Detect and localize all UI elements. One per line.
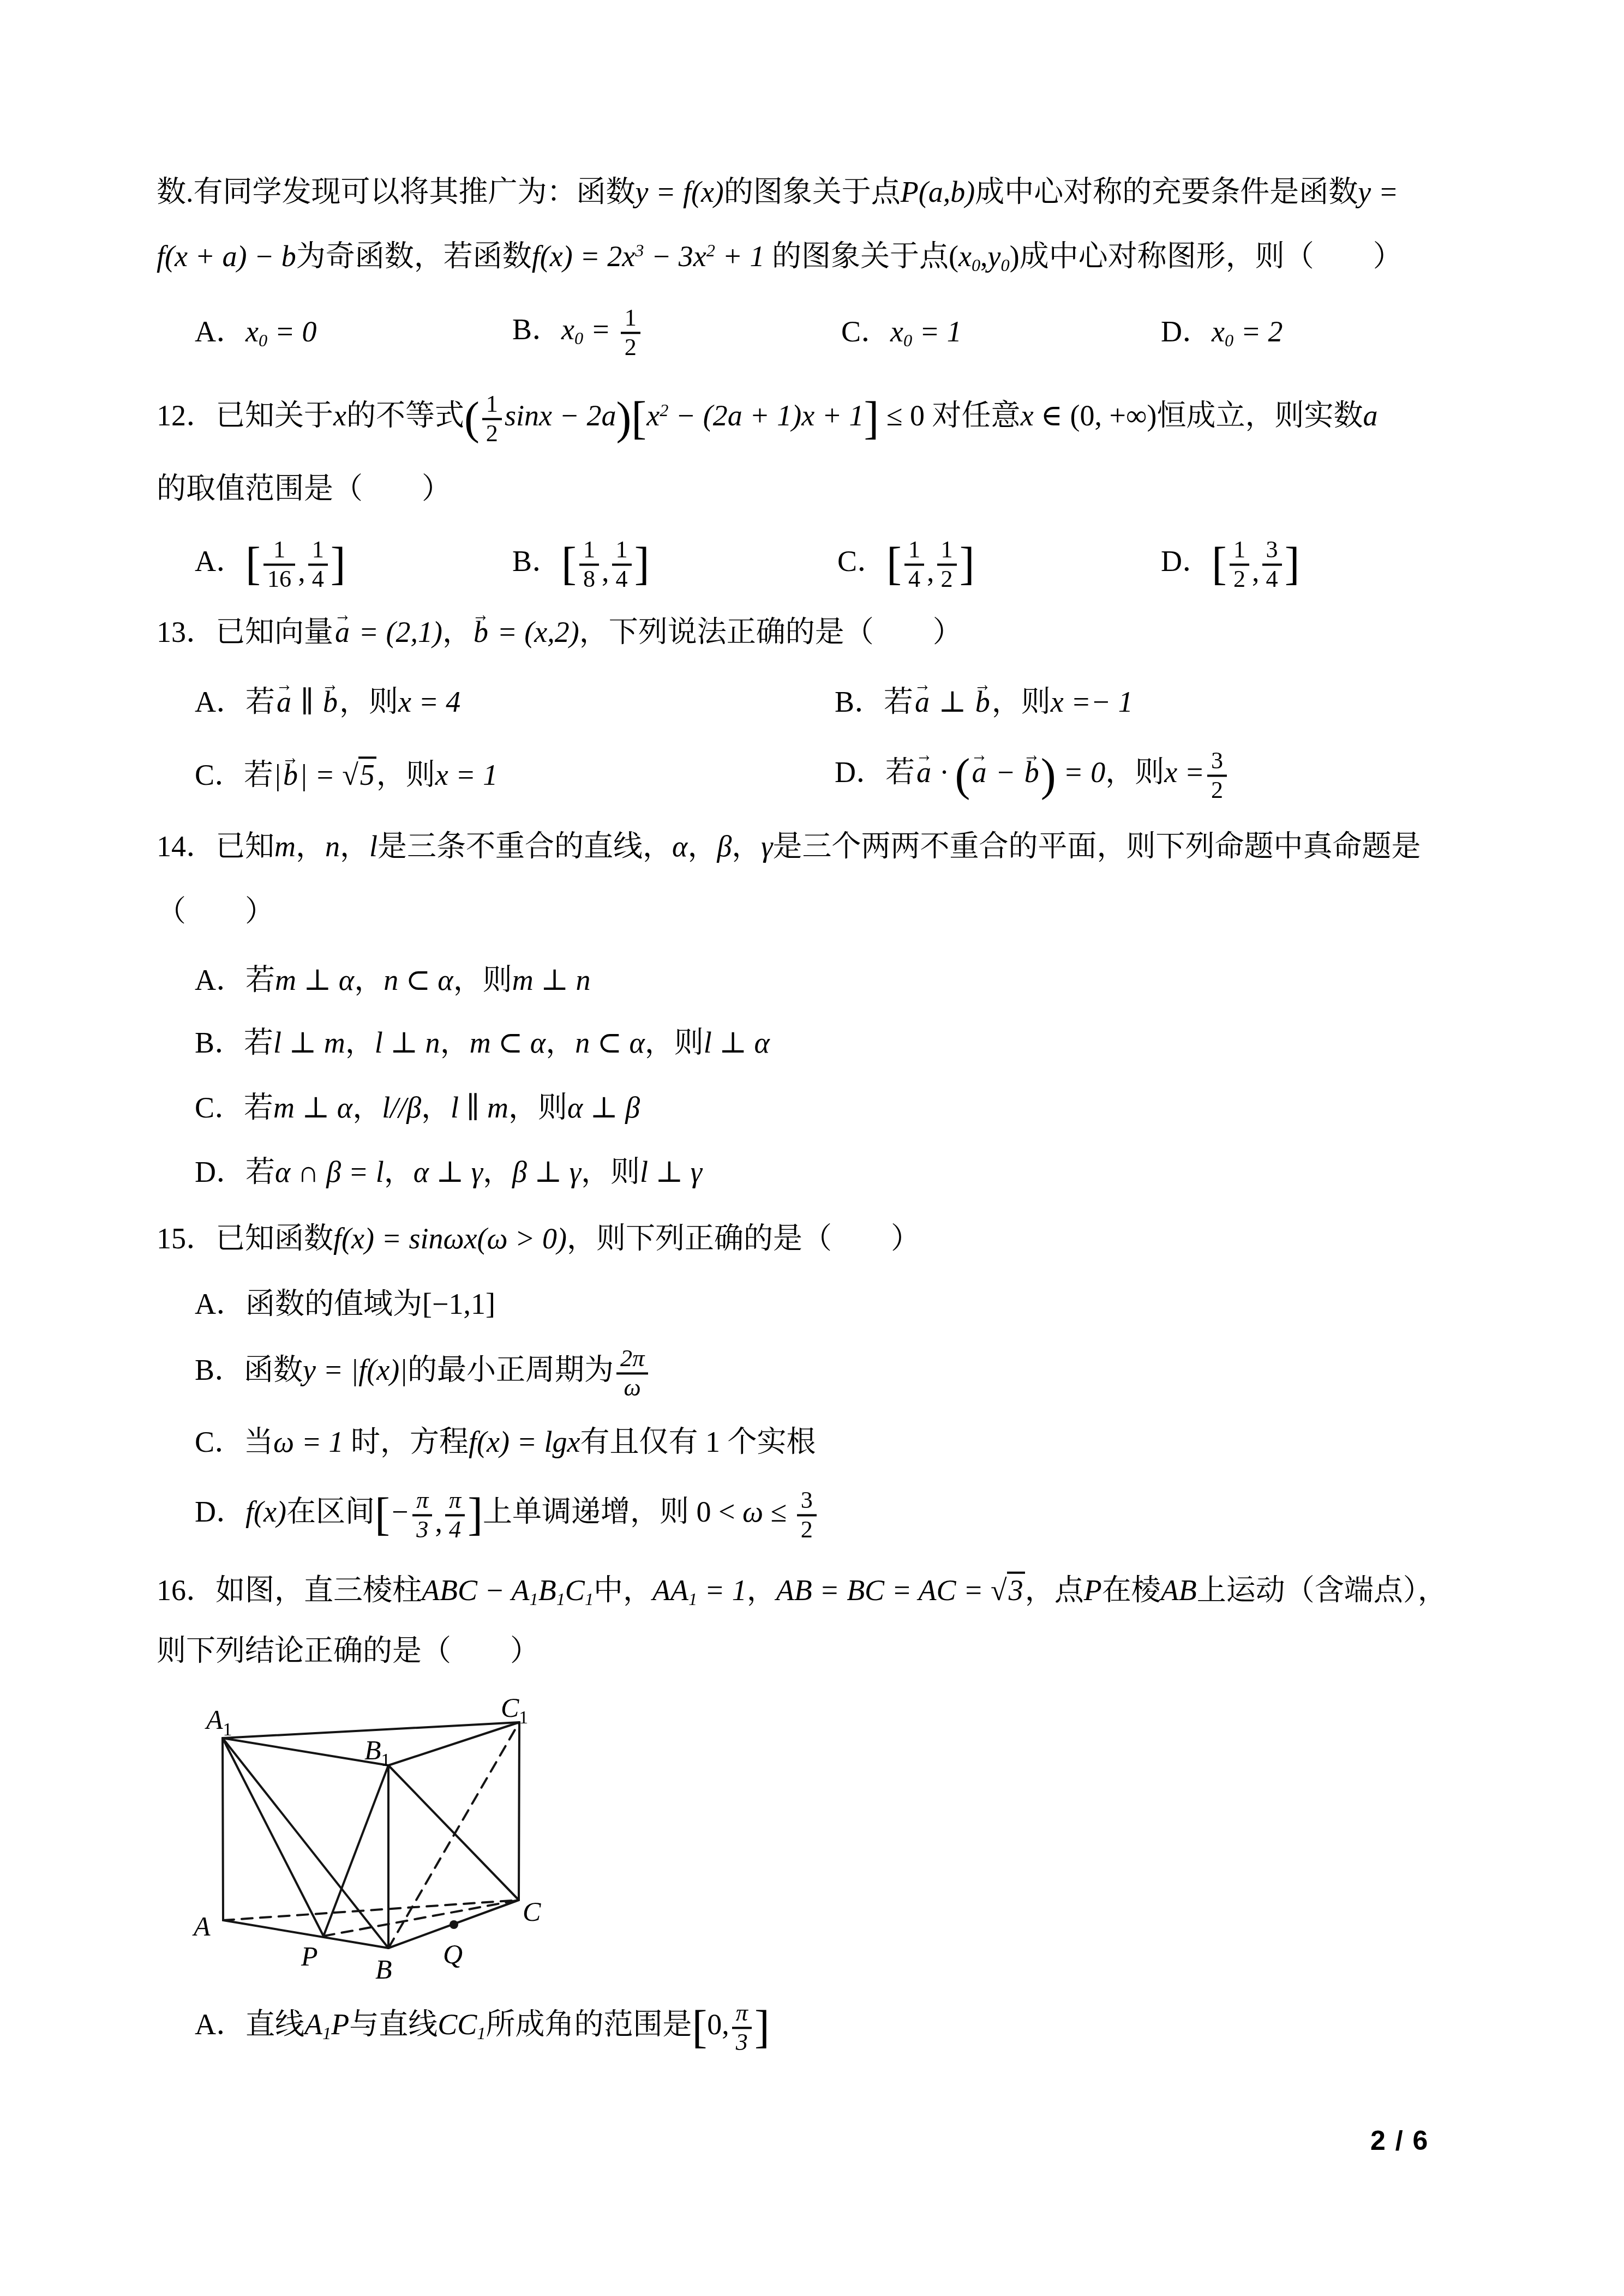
q11-option-b: B．x0 = 12 [512,304,643,360]
exam-document-page: 数.有同学发现可以将其推广为：函数y = f(x)的图象关于点P(a,b)成中心… [0,0,1624,2296]
q14-option-c: C．若m ⊥ α，l//β，l ∥ m，则α ⊥ β [195,1090,640,1127]
prism-figure: A1 B1 C1 A B C P Q [185,1680,567,1996]
page-number: 2 / 6 [1370,2125,1429,2156]
q12-option-d: D．[12,34] [1161,536,1300,592]
q16-stem-line-2: 则下列结论正确的是（ ） [157,1633,540,1670]
q15-option-d: D．f(x)在区间[−π3,π4]上单调递增，则 0 < ω ≤ 32 [195,1487,819,1543]
segment-P-C-hidden [323,1900,519,1936]
q14-stem-line-2: （ ） [157,893,274,930]
vertex-label-C1: C1 [501,1692,528,1728]
q12-option-a: A．[116,14] [195,536,346,592]
q14-option-d: D．若α ∩ β = l，α ⊥ γ，β ⊥ γ，则l ⊥ γ [195,1154,702,1191]
q14-stem-line-1: 14．已知m，n，l是三条不重合的直线，α，β，γ是三个两两不重合的平面，则下列… [157,828,1421,865]
q13-option-b: B．若a→ ⊥ b→，则x =− 1 [835,684,1133,721]
q12-option-c: C．[14,12] [837,536,975,592]
vertex-label-P: P [301,1941,318,1972]
q15-option-a: A．函数的值域为[−1,1] [195,1286,495,1323]
q12-option-b: B．[18,14] [512,536,650,592]
edge-A-A1 [223,1738,223,1920]
vertex-label-B: B [375,1954,392,1985]
vertex-label-A: A [192,1911,211,1942]
q15-option-c: C．当ω = 1 时，方程f(x) = lgx有且仅有 1 个实根 [195,1424,816,1461]
segment-A1-P [223,1738,323,1936]
edge-A1-B1 [223,1738,388,1765]
q14-option-b: B．若l ⊥ m，l ⊥ n，m ⊂ α，n ⊂ α，则l ⊥ α [195,1025,770,1062]
segment-B1-C [388,1765,519,1900]
q14-option-a: A．若m ⊥ α，n ⊂ α，则m ⊥ n [195,962,591,999]
q11-stem-line-2: f(x + a) − b为奇函数，若函数f(x) = 2x3 − 3x2 + 1… [157,238,1403,277]
q13-option-d: D．若a→ · (a→ − b→) = 0，则x =32 [835,747,1230,803]
point-Q [450,1920,458,1929]
segment-A1-B [223,1738,388,1948]
q11-stem-line-1: 数.有同学发现可以将其推广为：函数y = f(x)的图象关于点P(a,b)成中心… [157,174,1398,211]
edge-C-C1 [519,1722,519,1900]
q13-option-c: C．若|b→| = √5，则x = 1 [195,757,498,794]
vertex-label-Q: Q [443,1939,463,1969]
q12-stem-line-2: 的取值范围是（ ） [157,471,451,508]
segment-B-C1-hidden [388,1722,519,1948]
vertex-label-A1: A1 [205,1704,232,1740]
q15-stem: 15．已知函数f(x) = sinωx(ω > 0)，则下列正确的是（ ） [157,1221,920,1258]
q11-option-a: A．x0 = 0 [195,314,317,352]
q12-stem-line-1: 12．已知关于x的不等式(12sinx − 2a)[x2 − (2a + 1)x… [157,390,1377,447]
q11-option-d: D．x0 = 2 [1161,314,1283,352]
vertex-label-B1: B1 [364,1735,391,1770]
q13-stem: 13．已知向量a→ = (2,1)，b→ = (x,2)，下列说法正确的是（ ） [157,614,962,651]
q11-option-c: C．x0 = 1 [841,314,962,352]
q13-option-a: A．若a→ ∥ b→，则x = 4 [195,684,460,721]
q16-stem-line-1: 16．如图，直三棱柱ABC − A1B1C1中，AA1 = 1，AB = BC … [157,1572,1447,1611]
q16-option-a: A．直线A1P与直线CC1所成角的范围是[0,π3] [195,1999,770,2055]
q15-option-b: B．函数y = |f(x)|的最小正周期为2πω [195,1345,651,1401]
vertex-label-C: C [523,1896,541,1927]
